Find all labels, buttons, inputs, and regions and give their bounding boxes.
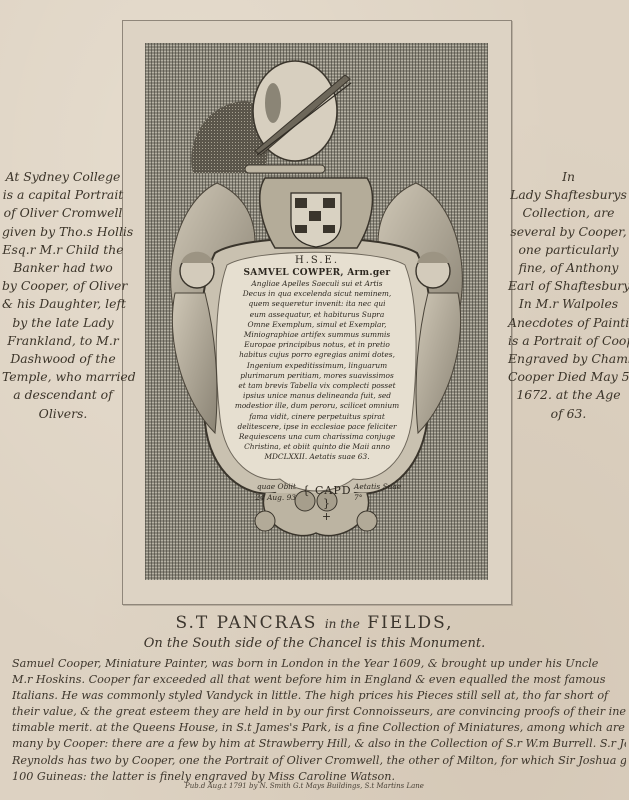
inscription-line: plurimarum peritiam, mores suavissimos	[217, 371, 417, 381]
inscription-line: Ingenium expeditissimum, linguarum	[217, 361, 417, 371]
inscription-line: ipsius unice manus delineanda fuit, sed	[217, 391, 417, 401]
annotation-line: of Oliver Cromwell	[2, 204, 124, 222]
annotation-line: by Cooper, of Oliver	[2, 277, 124, 295]
print-title: S.T PANCRAS in the FIELDS,	[0, 613, 629, 633]
inscription-line: Angliae Apelles Saeculi sui et Artis	[217, 279, 417, 289]
palette-icon	[253, 61, 351, 161]
annotation-line: Banker had two	[2, 259, 124, 277]
inscription-line: Christina, et obiit quinto die Maii anno	[217, 442, 417, 452]
inscription-line: delitescere, ipse in ecclesiae pace feli…	[217, 422, 417, 432]
annotation-line: by the late Lady	[2, 314, 124, 332]
annotation-line: several by Cooper,	[508, 223, 629, 241]
right-cherub-icon	[416, 252, 450, 288]
capd-right-line: 7°	[354, 492, 404, 503]
title-st: S.T	[175, 613, 209, 633]
annotation-line: Lady Shaftesburys	[508, 186, 629, 204]
capd-right-line: Aetatis Suae	[354, 481, 404, 492]
inscription-line: Requiescens una cum charissima conjuge	[217, 432, 417, 442]
annotation-line: Engraved by Chambers	[508, 350, 629, 368]
monument-inscription: H.S.E. SAMVEL COWPER, Arm.ger Angliae Ap…	[217, 254, 417, 463]
annotation-line: a descendant of	[2, 386, 124, 404]
annotation-line: given by Tho.s Hollis	[2, 223, 124, 241]
capd-block: quae Obiit 24 Aug. 93 { CAPD }+ Aetatis …	[254, 481, 404, 511]
annotation-line: In	[508, 168, 629, 186]
coat-of-arms-icon	[260, 178, 373, 248]
left-annotation: At Sydney College is a capital Portrait …	[2, 168, 124, 423]
capd-left-line: 24 Aug. 93	[254, 492, 296, 503]
annotation-line: is a Portrait of Cooper,	[508, 332, 629, 350]
publisher-imprint: Pub.d Aug.t 1791 by N. Smith G.t Mays Bu…	[185, 782, 485, 790]
biography-text: Samuel Cooper, Miniature Painter, was bo…	[12, 656, 626, 785]
annotation-line: of 63.	[508, 405, 629, 423]
annotation-line: At Sydney College	[2, 168, 124, 186]
body-line: Reynolds has two by Cooper, one the Port…	[12, 753, 626, 769]
title-pancras: PANCRAS	[217, 613, 318, 633]
capd-label: CAPD	[315, 484, 352, 497]
annotation-line: Esq.r M.r Child the	[2, 241, 124, 259]
annotation-line: Earl of Shaftesbury	[508, 277, 629, 295]
annotation-line: Temple, who married	[2, 368, 124, 386]
inscription-line: MDCLXXII. Aetatis suae 63.	[217, 452, 417, 462]
annotation-line: fine, of Anthony	[508, 259, 629, 277]
left-cherub-icon	[180, 252, 214, 288]
body-line: Italians. He was commonly styled Vandyck…	[12, 688, 626, 704]
annotation-line: one particularly	[508, 241, 629, 259]
inscription-line: Omne Exemplum, simul et Exemplar,	[217, 320, 417, 330]
inscription-line: modestior ille, dum peroru, scilicet omn…	[217, 401, 417, 411]
inscription-line: habitus cujus porro egregias animi dotes…	[217, 350, 417, 360]
annotation-line: Cooper Died May 5.	[508, 368, 629, 386]
inscription-hse: H.S.E.	[217, 254, 417, 267]
body-line: M.r Hoskins. Cooper far exceeded all tha…	[12, 672, 626, 688]
inscription-line: et tam brevis Tabella vix complecti poss…	[217, 381, 417, 391]
inscription-line: quem sequeretur invenit: ita nec qui	[217, 299, 417, 309]
inscription-line: Miniographiae artifex summus summis	[217, 330, 417, 340]
annotation-line: 1672. at the Age	[508, 386, 629, 404]
capd-left-line: quae Obiit	[254, 481, 296, 492]
body-line: timable merit. at the Queens House, in S…	[12, 720, 626, 736]
annotation-line: is a capital Portrait	[2, 186, 124, 204]
annotation-line: Anecdotes of Painting	[508, 314, 629, 332]
body-line: their value, & the great esteem they are…	[12, 704, 626, 720]
title-fields: FIELDS,	[367, 613, 453, 633]
annotation-line: & his Daughter, left	[2, 295, 124, 313]
inscription-line: fama vidit, cinere perpetuitus spirat	[217, 412, 417, 422]
title-in-the: in the	[325, 617, 360, 631]
body-line: Samuel Cooper, Miniature Painter, was bo…	[12, 656, 626, 672]
annotation-line: Frankland, to M.r	[2, 332, 124, 350]
inscription-line: Europae principibus notus, et in pretio	[217, 340, 417, 350]
body-line: many by Cooper: there are a few by him a…	[12, 736, 626, 752]
cross-icon: +	[322, 510, 332, 523]
inscription-line: eum assequatur, et habiturus Supra	[217, 310, 417, 320]
inscription-line: Decus in qua excelenda sicut neminem,	[217, 289, 417, 299]
right-annotation: In Lady Shaftesburys Collection, are sev…	[508, 168, 629, 423]
annotation-line: Olivers.	[2, 405, 124, 423]
annotation-line: In M.r Walpoles	[508, 295, 629, 313]
print-subtitle: On the South side of the Chancel is this…	[0, 636, 629, 651]
annotation-line: Dashwood of the	[2, 350, 124, 368]
annotation-line: Collection, are	[508, 204, 629, 222]
inscription-name: SAMVEL COWPER, Arm.ger	[217, 267, 417, 279]
